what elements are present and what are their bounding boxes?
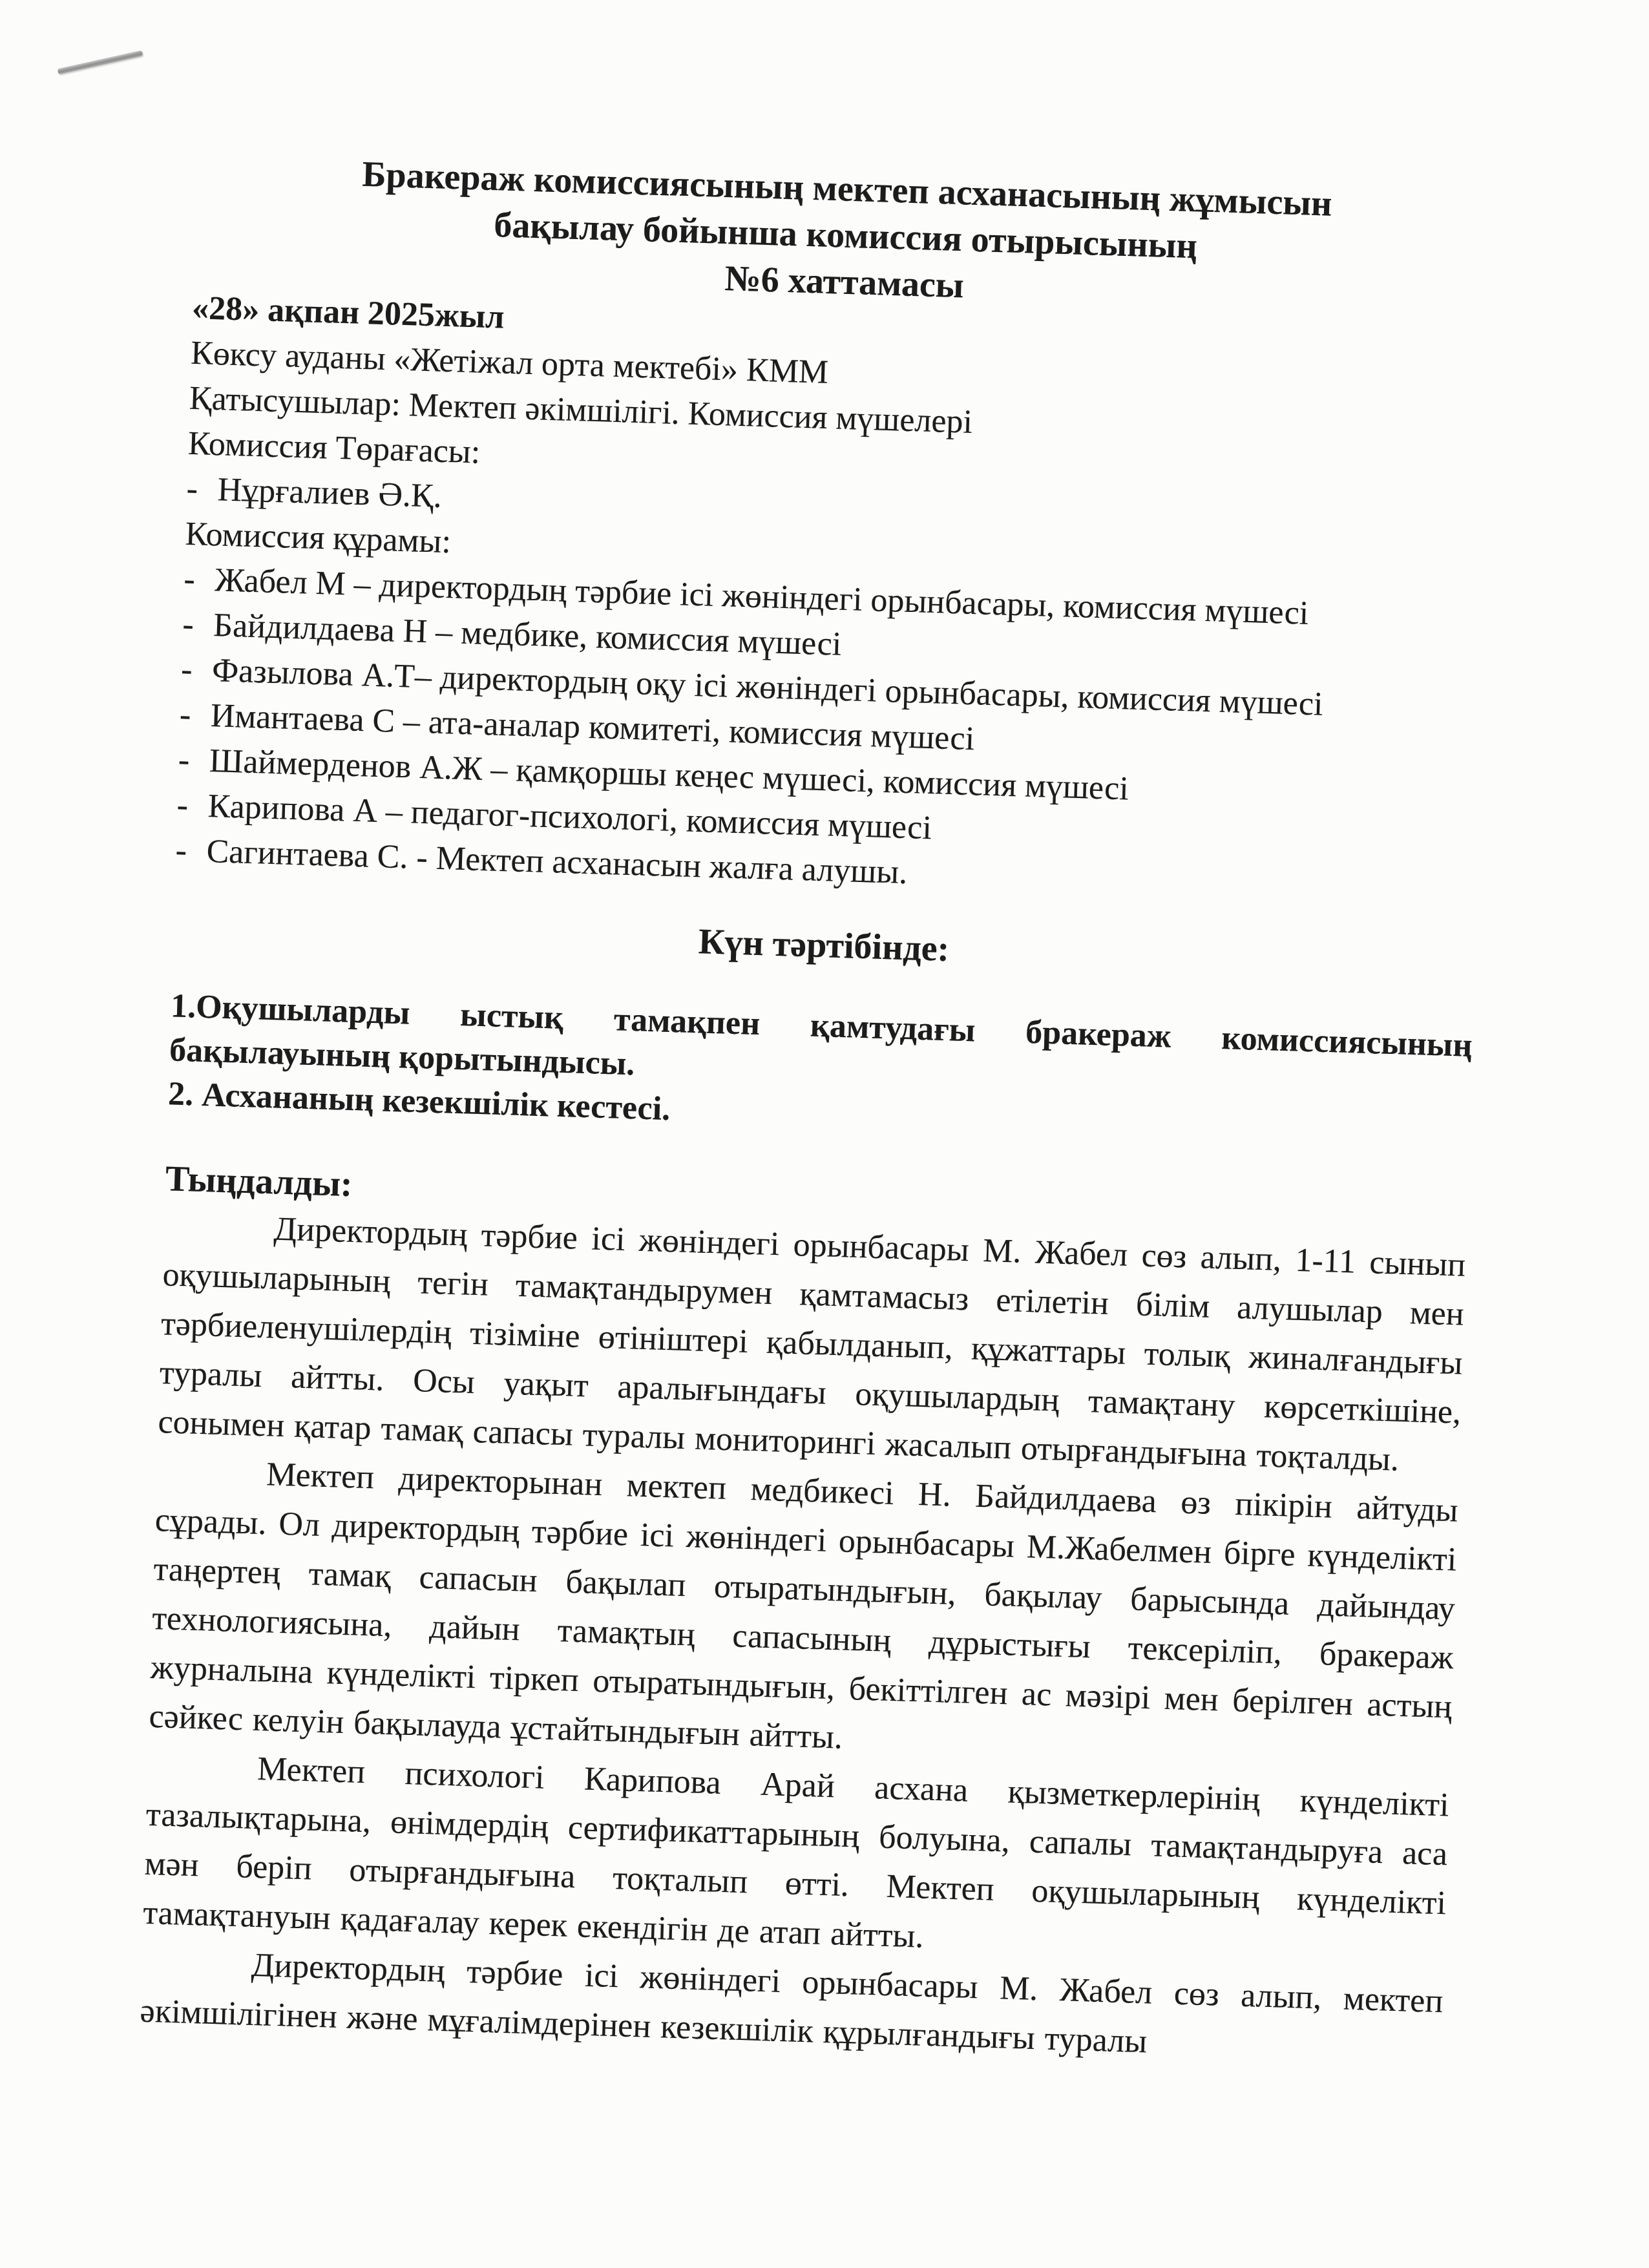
list-dash: -	[186, 467, 218, 512]
paragraph: Директордың тәрбие ісі жөніндегі орынбас…	[157, 1201, 1466, 1486]
agenda-list: 1.Оқушыларды ыстық тамақпен қамтудағы бр…	[167, 984, 1473, 1155]
agenda-heading: Күн тәртібінде:	[173, 903, 1475, 988]
list-dash: -	[176, 783, 209, 829]
list-dash: -	[180, 647, 213, 693]
staple-mark	[58, 50, 143, 75]
paragraph: Мектеп психологі Карипова Арай асхана қы…	[142, 1741, 1449, 1977]
list-dash: -	[179, 693, 211, 739]
list-dash: -	[175, 828, 207, 874]
list-dash: -	[183, 557, 215, 603]
scanned-document-page: Бракераж комиссиясының мектеп асханасыны…	[0, 0, 1649, 2268]
list-dash: -	[178, 738, 210, 784]
paragraph: Мектеп директорынан мектеп медбикесі Н. …	[149, 1447, 1459, 1781]
document-content: Бракераж комиссиясының мектеп асханасыны…	[140, 146, 1498, 2075]
list-dash: -	[182, 602, 214, 648]
